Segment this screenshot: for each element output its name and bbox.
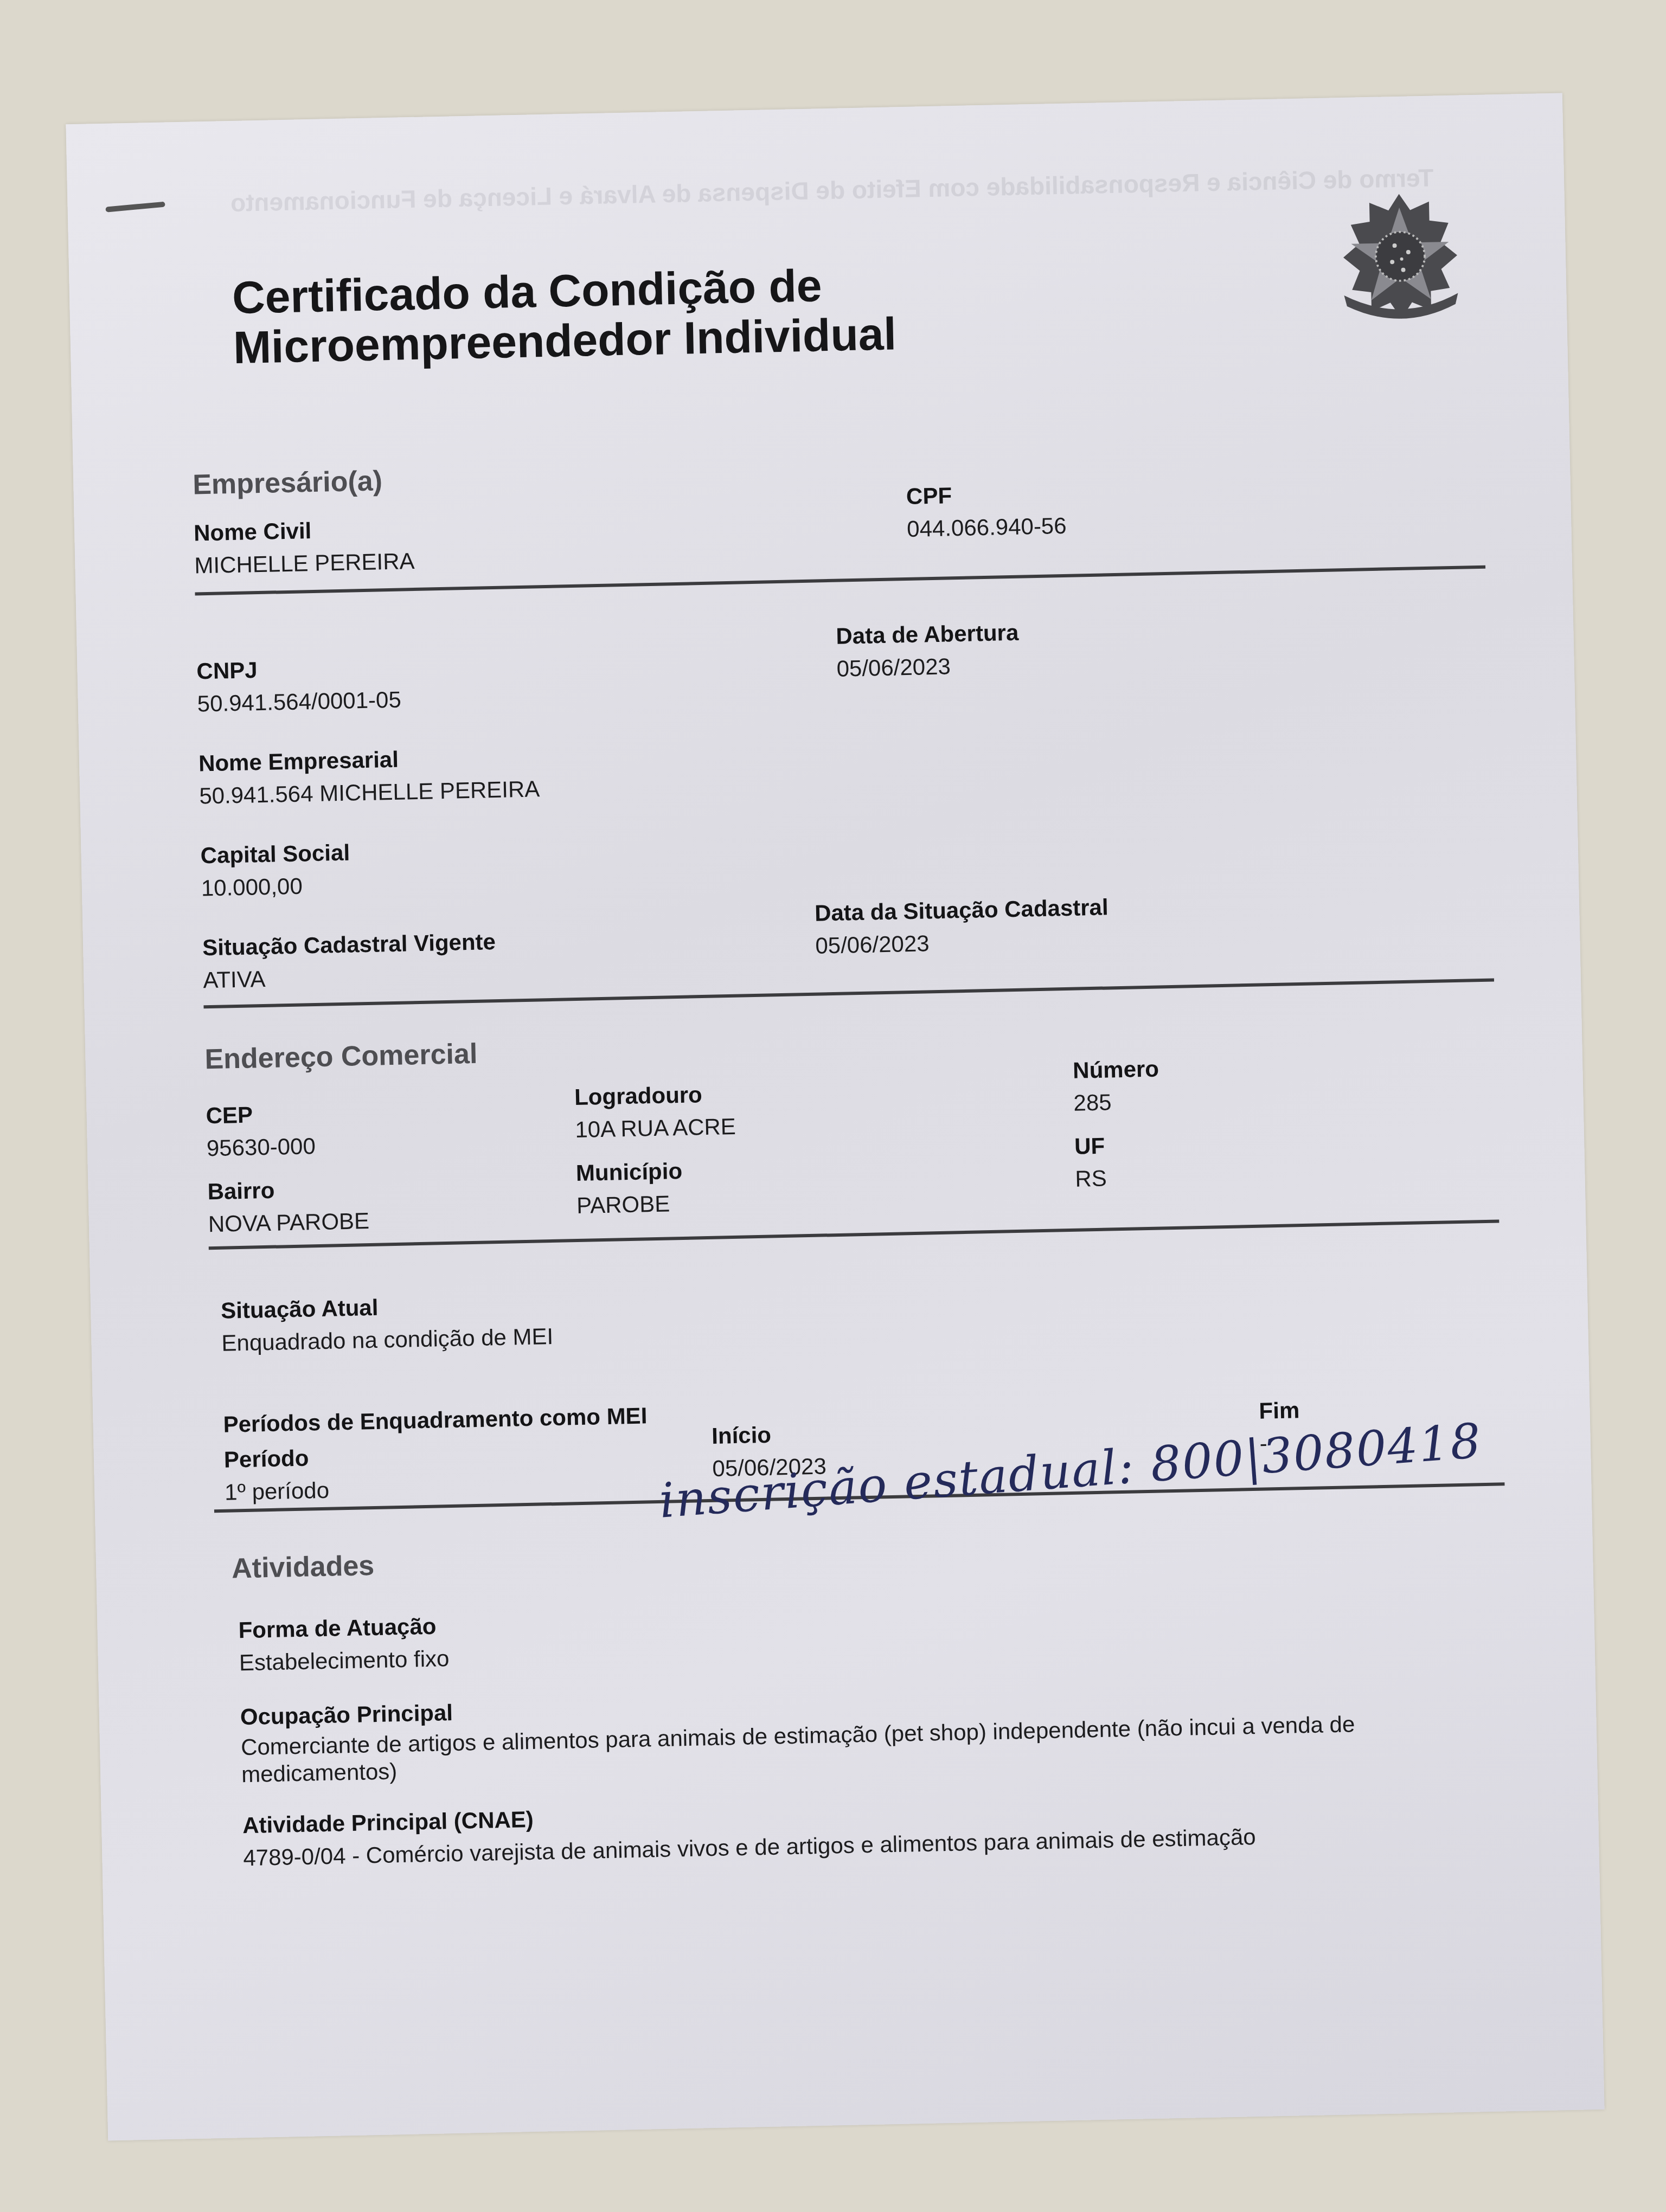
section-endereco: Endereço Comercial — [204, 1038, 478, 1076]
situacao-atual-label: Situação Atual — [221, 1295, 379, 1324]
bairro-label: Bairro — [207, 1178, 275, 1205]
cpf-value: 044.066.940-56 — [907, 513, 1067, 542]
data-abertura-value: 05/06/2023 — [836, 653, 951, 681]
handwritten-state-registration: inscrição estadual: 800|3080418 — [657, 1413, 1483, 1529]
numero-label: Número — [1073, 1056, 1159, 1083]
nome-civil-value: MICHELLE PEREIRA — [194, 548, 415, 578]
cpf-label: CPF — [906, 483, 952, 510]
certificate-paper: Termo de Ciência e Responsabilidade com … — [66, 93, 1604, 2141]
ocupacao-principal-label: Ocupação Principal — [240, 1700, 453, 1730]
capital-social-label: Capital Social — [200, 840, 350, 869]
periodos-title: Períodos de Enquadramento como MEI — [223, 1403, 648, 1437]
cnpj-value: 50.941.564/0001-05 — [197, 687, 401, 717]
nome-empresarial-value: 50.941.564 MICHELLE PEREIRA — [199, 776, 540, 809]
municipio-label: Município — [576, 1158, 683, 1186]
page-title: Certificado da Condição de Microempreend… — [232, 259, 896, 372]
inicio-header: Início — [712, 1422, 772, 1449]
section-empresario: Empresário(a) — [193, 465, 383, 501]
nome-empresarial-label: Nome Empresarial — [198, 747, 399, 777]
data-abertura-label: Data de Abertura — [836, 620, 1019, 650]
cep-label: CEP — [206, 1102, 253, 1129]
situacao-cadastral-label: Situação Cadastral Vigente — [202, 929, 496, 961]
periodo-header: Período — [224, 1445, 309, 1472]
municipio-value: PAROBE — [576, 1191, 670, 1219]
data-situacao-value: 05/06/2023 — [815, 930, 930, 959]
uf-value: RS — [1075, 1166, 1107, 1192]
data-situacao-label: Data da Situação Cadastral — [815, 894, 1108, 926]
divider — [203, 979, 1494, 1009]
staple — [105, 202, 165, 213]
nome-civil-label: Nome Civil — [194, 518, 312, 546]
cnpj-label: CNPJ — [196, 657, 258, 684]
divider — [209, 1219, 1500, 1250]
bairro-value: NOVA PAROBE — [208, 1208, 369, 1237]
forma-atuacao-value: Estabelecimento fixo — [239, 1645, 449, 1676]
brazil-coat-of-arms-icon — [1331, 187, 1469, 325]
logradouro-label: Logradouro — [574, 1082, 703, 1110]
fim-header: Fim — [1259, 1397, 1300, 1424]
cnae-label: Atividade Principal (CNAE) — [242, 1806, 534, 1838]
situacao-atual-value: Enquadrado na condição de MEI — [221, 1323, 554, 1356]
bleed-through-text: Termo de Ciência e Responsabilidade com … — [187, 160, 1478, 221]
periodo-value: 1º período — [225, 1477, 330, 1506]
numero-value: 285 — [1073, 1089, 1112, 1116]
section-atividades: Atividades — [232, 1549, 375, 1585]
uf-label: UF — [1074, 1133, 1105, 1160]
forma-atuacao-label: Forma de Atuação — [238, 1613, 437, 1644]
cep-value: 95630-000 — [206, 1133, 316, 1161]
logradouro-value: 10A RUA ACRE — [575, 1114, 736, 1143]
situacao-cadastral-value: ATIVA — [203, 966, 266, 993]
capital-social-value: 10.000,00 — [201, 873, 303, 901]
